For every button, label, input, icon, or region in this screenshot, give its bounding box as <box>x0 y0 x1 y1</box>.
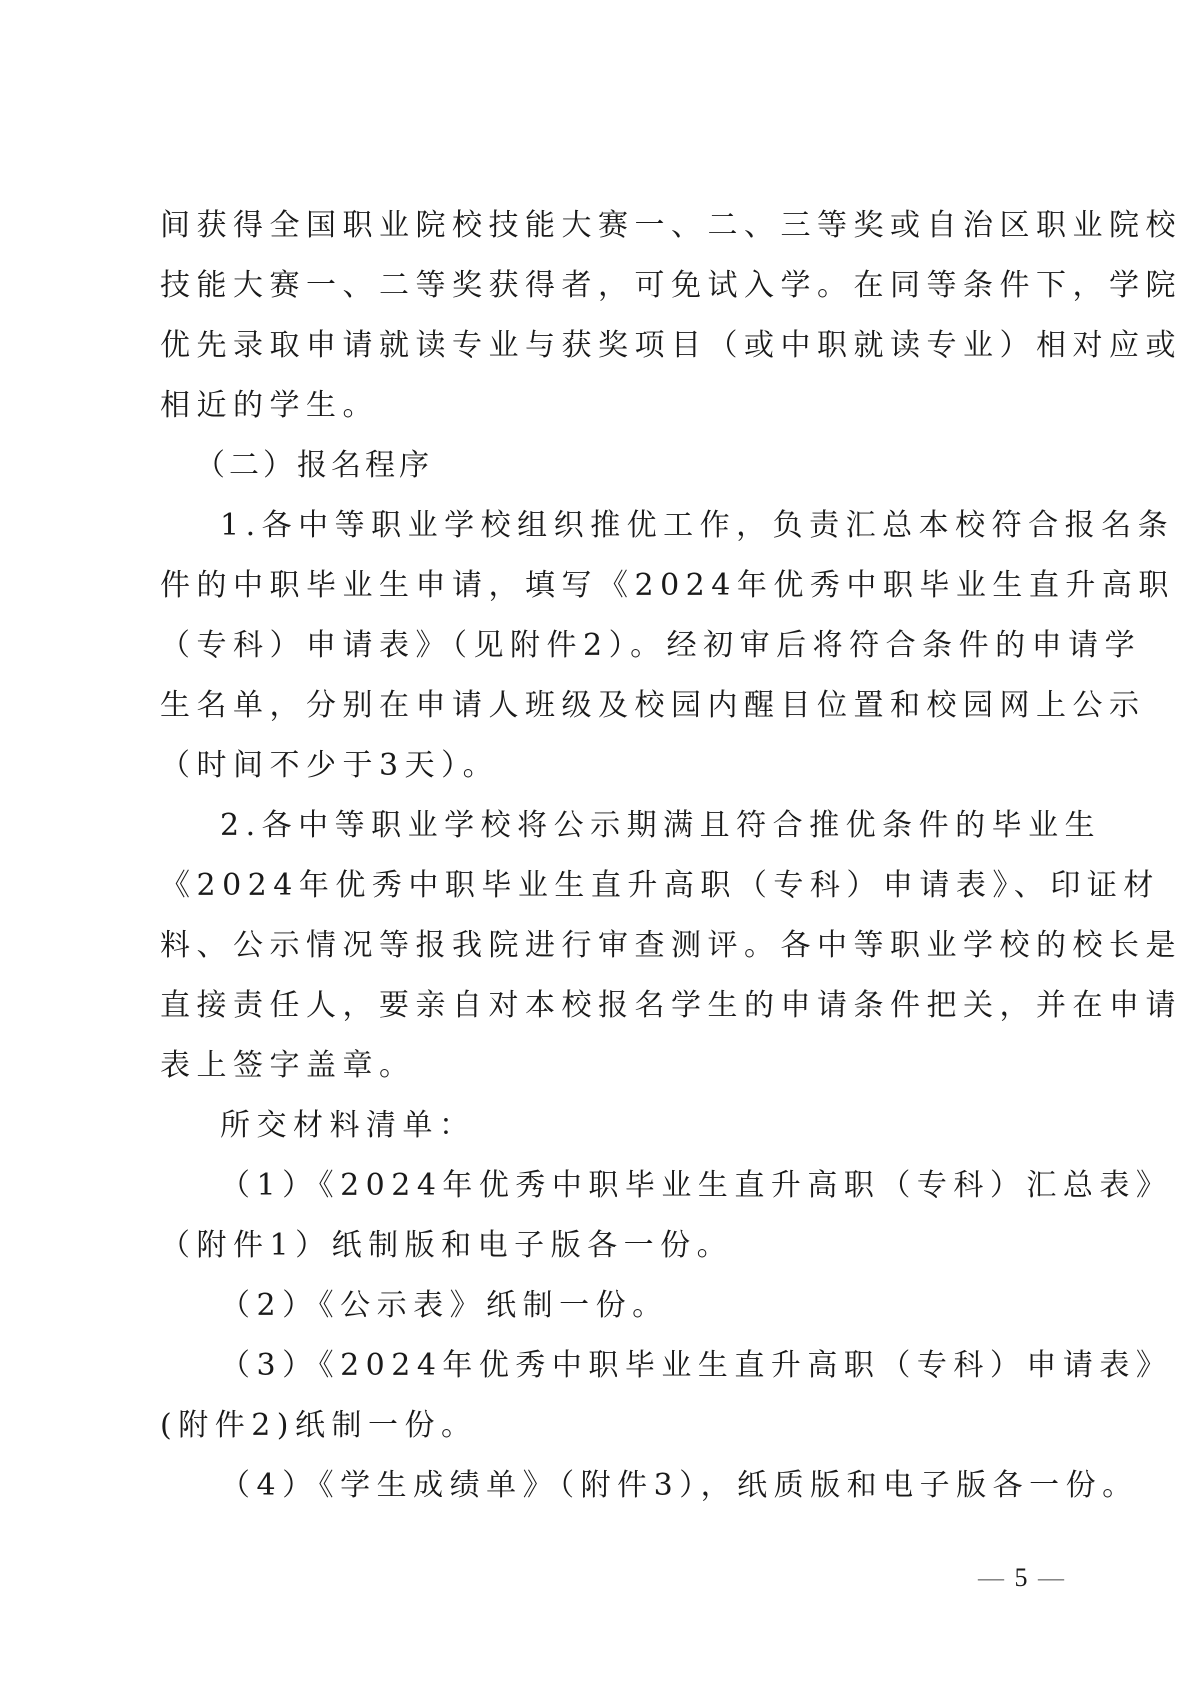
text-line: （专科）申请表》（见附件2）。经初审后将符合条件的申请学 <box>160 626 1040 666</box>
text-line: （1）《2024年优秀中职毕业生直升高职（专科）汇总表》 <box>220 1166 1100 1206</box>
text-line: 生名单，分别在申请人班级及校园内醒目位置和校园网上公示 <box>160 686 1040 726</box>
text-line: 料、公示情况等报我院进行审查测评。各中等职业学校的校长是 <box>160 926 1040 966</box>
page-number: — 5 — <box>978 1563 1066 1593</box>
document-page: 间获得全国职业院校技能大赛一、二、三等奖或自治区职业院校技能大赛一、二等奖获得者… <box>0 0 1191 1684</box>
text-line: 间获得全国职业院校技能大赛一、二、三等奖或自治区职业院校 <box>160 206 1040 246</box>
text-line: 《2024年优秀中职毕业生直升高职（专科）申请表》、印证材 <box>160 866 1040 906</box>
text-line: 直接责任人，要亲自对本校报名学生的申请条件把关，并在申请 <box>160 986 1040 1026</box>
text-line: (附件2)纸制一份。 <box>160 1406 1040 1446</box>
page-number-value: 5 <box>1015 1563 1030 1592</box>
text-line: （附件1）纸制版和电子版各一份。 <box>160 1226 1040 1266</box>
text-line: 技能大赛一、二等奖获得者，可免试入学。在同等条件下，学院 <box>160 266 1040 306</box>
text-line: 件的中职毕业生申请，填写《2024年优秀中职毕业生直升高职 <box>160 566 1040 606</box>
text-line: （3）《2024年优秀中职毕业生直升高职（专科）申请表》 <box>220 1346 1100 1386</box>
text-line: （时间不少于3天）。 <box>160 746 1040 786</box>
text-line: 1.各中等职业学校组织推优工作，负责汇总本校符合报名条 <box>220 506 1100 546</box>
text-line: 相近的学生。 <box>160 386 1040 426</box>
text-line: 表上签字盖章。 <box>160 1046 1040 1086</box>
page-number-dash-right: — <box>1038 1563 1066 1592</box>
text-line: 所交材料清单： <box>220 1106 1100 1146</box>
section-heading: （二）报名程序 <box>195 446 1075 486</box>
text-line: （2）《公示表》纸制一份。 <box>220 1286 1100 1326</box>
text-line: 优先录取申请就读专业与获奖项目（或中职就读专业）相对应或 <box>160 326 1040 366</box>
text-line: 2.各中等职业学校将公示期满且符合推优条件的毕业生 <box>220 806 1100 846</box>
text-line: （4）《学生成绩单》（附件3），纸质版和电子版各一份。 <box>220 1466 1100 1506</box>
page-number-dash-left: — <box>978 1563 1006 1592</box>
